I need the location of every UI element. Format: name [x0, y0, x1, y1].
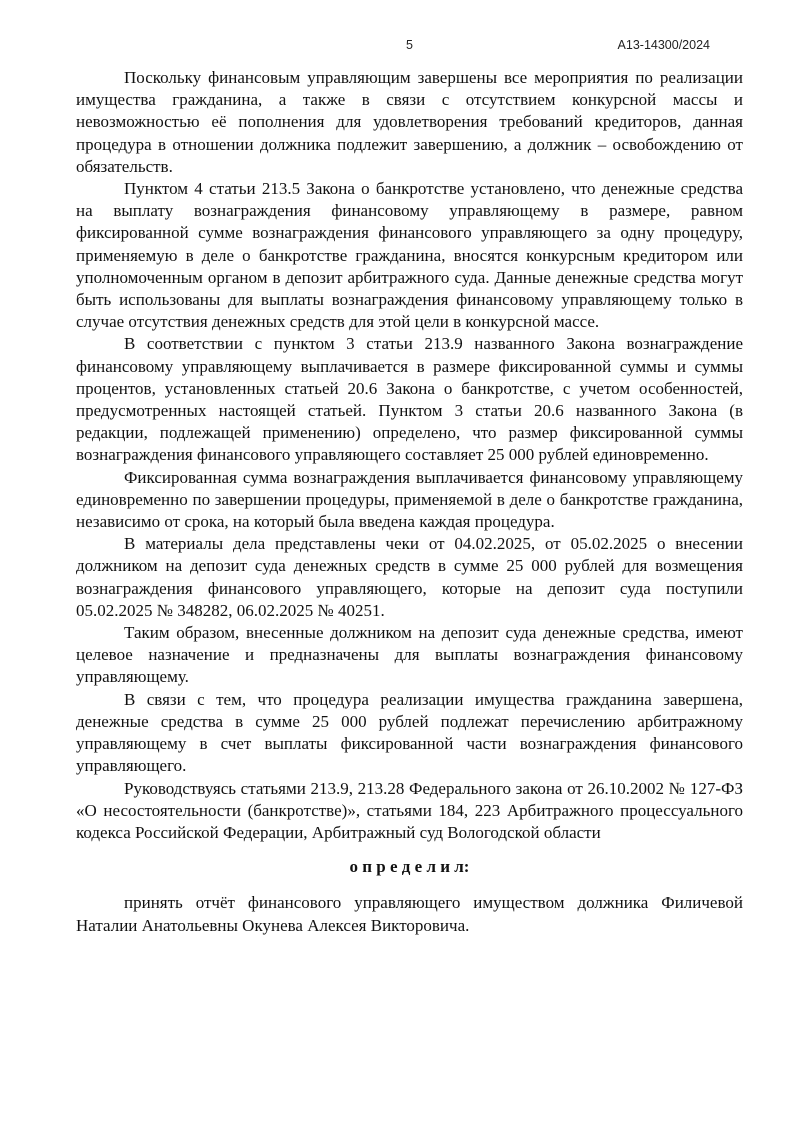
body-paragraph: Пунктом 4 статьи 213.5 Закона о банкротс…	[76, 178, 743, 333]
ruling-paragraph: принять отчёт финансового управляющего и…	[76, 892, 743, 936]
body-paragraph: В соответствии с пунктом 3 статьи 213.9 …	[76, 333, 743, 466]
body-paragraph: Фиксированная сумма вознаграждения выпла…	[76, 467, 743, 534]
document-body: Поскольку финансовым управляющим заверше…	[76, 67, 743, 937]
page-header: 5 А13-14300/2024	[76, 38, 743, 54]
case-number: А13-14300/2024	[618, 38, 710, 52]
body-paragraph: В материалы дела представлены чеки от 04…	[76, 533, 743, 622]
ruling-heading: о п р е д е л и л:	[76, 856, 743, 878]
body-paragraph: Поскольку финансовым управляющим заверше…	[76, 67, 743, 178]
body-paragraph: В связи с тем, что процедура реализации …	[76, 689, 743, 778]
body-paragraph: Руководствуясь статьями 213.9, 213.28 Фе…	[76, 778, 743, 845]
document-page: 5 А13-14300/2024 Поскольку финансовым уп…	[0, 0, 800, 1131]
body-paragraph: Таким образом, внесенные должником на де…	[76, 622, 743, 689]
